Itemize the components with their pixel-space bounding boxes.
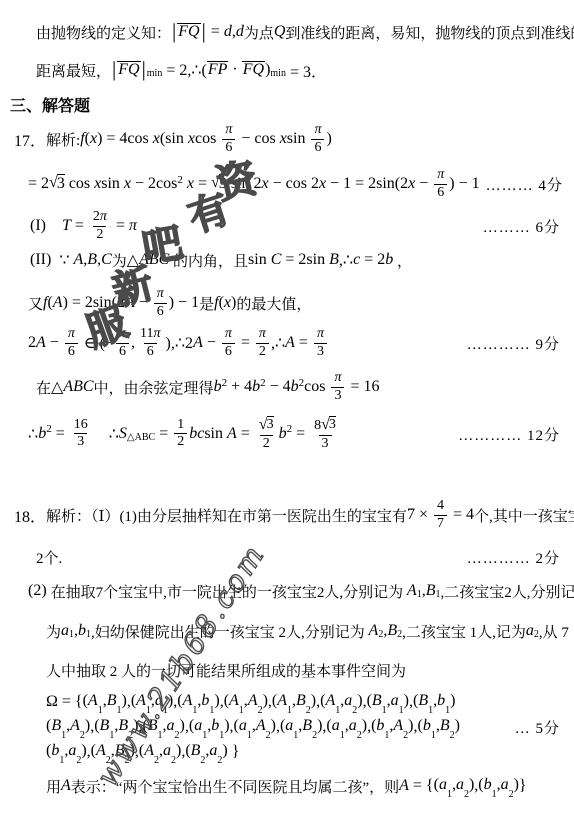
math-var: B bbox=[87, 251, 97, 269]
element-pair: (B1,b1) bbox=[413, 692, 455, 712]
fraction-numerator: π bbox=[256, 326, 269, 342]
radicand: 3 bbox=[57, 174, 65, 193]
pair-index: 2 bbox=[200, 755, 205, 766]
math-run: (II) bbox=[30, 251, 51, 269]
parabola-definition-line2: 距离最短，|FQ|min = 2,∴(FP · FQ)min = 3． bbox=[36, 52, 560, 88]
pair-var: B bbox=[115, 742, 125, 759]
vector-overline: FP bbox=[207, 61, 229, 79]
math-var: c bbox=[353, 251, 360, 269]
subscript: 1 bbox=[435, 590, 440, 600]
math-var: a bbox=[526, 622, 534, 640]
omega-row2: (B1,A2),(B1,B2),(B1,a2),(a1,b1),(a1,A2),… bbox=[46, 714, 560, 740]
math-var: C bbox=[271, 251, 282, 269]
element-pair: (a1,A2) bbox=[234, 717, 276, 737]
math-run: = 2 bbox=[360, 251, 385, 269]
math-var: x bbox=[124, 175, 131, 193]
fraction-numerator: π bbox=[311, 122, 324, 138]
math-run: ),∴2 bbox=[166, 333, 194, 353]
math-run: = bbox=[292, 425, 309, 443]
math-run: 18． bbox=[14, 504, 46, 527]
math-run: (I) bbox=[30, 217, 46, 235]
superscript: 2 bbox=[287, 424, 293, 435]
math-run: } bbox=[228, 743, 240, 761]
fraction: π2 bbox=[256, 326, 269, 359]
math-run: 17． bbox=[14, 128, 46, 151]
q18-line2: 2个.………… 2分 bbox=[36, 545, 560, 569]
pair-var: A bbox=[96, 742, 106, 759]
score-mark: ………… 12分 bbox=[452, 424, 560, 445]
q17-line2: = 2√3 cos xsin x − 2cos2 x = √3 sin 2x −… bbox=[28, 163, 560, 205]
math-var: ABC bbox=[139, 251, 169, 269]
text-run: 用 bbox=[46, 776, 61, 797]
line-content: (2) 在抽取7个宝宝中,市一院出生的一孩宝宝2人,分别记为 A1,B1,二孩宝… bbox=[28, 581, 574, 602]
math-run: = 16 bbox=[346, 378, 379, 396]
text-run: 中，由余弦定理得 bbox=[94, 377, 214, 398]
fraction-denominator: 3 bbox=[74, 433, 87, 450]
math-run: = 2 bbox=[28, 175, 49, 193]
pair-var: B bbox=[372, 692, 382, 709]
math-run: ) − 1 bbox=[169, 294, 199, 312]
math-var: π bbox=[437, 167, 444, 182]
fraction: 47 bbox=[434, 498, 447, 531]
pair-var: A bbox=[183, 692, 193, 709]
math-run: 2 bbox=[28, 334, 36, 352]
math-run: ,∴ bbox=[271, 333, 285, 353]
fraction: π6 bbox=[154, 286, 167, 319]
math-var: x bbox=[90, 130, 97, 148]
fraction-denominator: 2 bbox=[93, 226, 106, 243]
math-run: cos bbox=[195, 130, 220, 148]
radicand: 3 bbox=[219, 174, 227, 193]
pair-var: A bbox=[256, 717, 266, 734]
text-run: 为点 bbox=[244, 22, 274, 43]
math-run: ∈ (− bbox=[80, 333, 114, 353]
fraction-numerator: π bbox=[331, 370, 344, 386]
math-run: ∴ bbox=[28, 424, 38, 444]
math-run: − 2cos bbox=[131, 175, 177, 193]
math-run: 3 bbox=[334, 388, 341, 403]
line-content: 17．解析:f(x) = 4cos x(sin xcos π6 − cos xs… bbox=[14, 122, 332, 155]
math-run: sin 2 bbox=[227, 175, 262, 193]
math-run: = 2sin bbox=[281, 251, 329, 269]
score-mark: ……… 6分 bbox=[477, 216, 560, 237]
score-mark: ……… 4分 bbox=[480, 174, 563, 195]
math-var: π bbox=[100, 209, 107, 224]
math-run: 6 bbox=[225, 344, 232, 359]
sqrt-radical: √3 bbox=[211, 174, 227, 193]
text-run: 的内角，且 bbox=[169, 250, 248, 271]
math-run: = bbox=[52, 425, 69, 443]
fraction: π6 bbox=[116, 326, 129, 359]
fraction-denominator: 3 bbox=[314, 343, 327, 360]
math-run: = bbox=[155, 425, 172, 443]
math-run: (sin bbox=[160, 130, 188, 148]
fraction-numerator: 1 bbox=[174, 417, 187, 433]
score-mark: ………… 2分 bbox=[461, 547, 560, 568]
fraction-numerator: 8√3 bbox=[311, 416, 339, 434]
pair-index: 2 bbox=[217, 755, 222, 766]
math-var: A bbox=[53, 294, 63, 312]
fraction: π6 bbox=[222, 122, 235, 155]
pair-var: B bbox=[100, 717, 110, 734]
superscript: 2 bbox=[260, 378, 266, 389]
q17-part1-period: (I)T = 2π2 = π……… 6分 bbox=[30, 205, 560, 247]
subscript: 2 bbox=[378, 630, 383, 640]
line-content: 用A表示：“两个宝宝恰出生不同医院且均属二孩”，则A = {(a1,a2),(b… bbox=[46, 776, 527, 797]
math-run: − bbox=[415, 175, 432, 193]
superscript: 2 bbox=[222, 378, 228, 389]
line-content: ∴b2 = 163∴S△ABC = 12bcsin A = √32b2 = 8√… bbox=[28, 416, 341, 451]
math-var: x bbox=[224, 294, 231, 312]
omega-row1: Ω = {(A1,B1),(A1,a1),(A1,b1),(A1,A2),(A1… bbox=[46, 689, 560, 715]
math-run: ∵ bbox=[59, 250, 73, 270]
superscript: 2 bbox=[46, 424, 52, 435]
math-run: 16 bbox=[74, 417, 88, 432]
math-run: 6 bbox=[157, 304, 164, 319]
document-page: 由抛物线的定义知：|FQ| = d,d为点Q到准线的距离，易知，抛物线的顶点到准… bbox=[0, 0, 574, 823]
fraction-denominator: 7 bbox=[434, 515, 447, 532]
element-pair: (B1,B2) bbox=[94, 717, 138, 737]
subscript: 1 bbox=[417, 590, 422, 600]
math-run: , bbox=[131, 334, 135, 352]
subscript: min bbox=[147, 69, 163, 79]
text-run: 人中抽取 2 人的一切可能结果所组成的基本事件空间为 bbox=[46, 660, 406, 681]
fraction-numerator: π bbox=[434, 167, 447, 183]
q17-part2-line3: 2A − π6 ∈ (−π6,11π6),∴2A − π6 = π2,∴A = … bbox=[28, 322, 560, 364]
math-run: 2 bbox=[259, 344, 266, 359]
line-content: 18．解析：（Ⅰ）(1)由分层抽样知在市第一医院出生的宝宝有7 × 47 = 4… bbox=[14, 498, 574, 531]
math-var: π bbox=[317, 326, 324, 341]
math-var: A bbox=[227, 425, 237, 443]
pair-var: A bbox=[393, 717, 403, 734]
text-run: ,二孩宝宝 1人,记为 bbox=[402, 621, 526, 642]
vector-overline: FQ bbox=[117, 61, 140, 79]
abs-bar: | bbox=[171, 19, 177, 44]
math-run: − bbox=[135, 294, 152, 312]
math-var: d bbox=[236, 23, 244, 41]
math-var: Q bbox=[274, 23, 286, 41]
math-run: 3 bbox=[329, 417, 336, 432]
math-run: = 2,∴( bbox=[162, 60, 207, 80]
fraction: π6 bbox=[434, 167, 447, 200]
pair-var: B bbox=[148, 717, 158, 734]
math-var: T bbox=[62, 217, 71, 235]
math-var: A bbox=[193, 334, 203, 352]
subscript: min bbox=[270, 69, 286, 79]
math-run: } bbox=[519, 777, 527, 795]
math-run: 2 bbox=[93, 209, 100, 224]
q17-area-line: ∴b2 = 163∴S△ABC = 12bcsin A = √32b2 = 8√… bbox=[28, 410, 560, 458]
fraction: 163 bbox=[71, 417, 91, 450]
text-run: 解析：（Ⅰ）(1)由分层抽样知在市第一医院出生的宝宝有 bbox=[46, 505, 407, 526]
math-run: (2) bbox=[28, 582, 51, 600]
element-pair: (a1,a2) bbox=[326, 717, 367, 737]
pair-var: b bbox=[423, 717, 431, 734]
math-var: π bbox=[68, 326, 75, 341]
pair-var: A bbox=[70, 717, 80, 734]
math-run: ∴ bbox=[109, 424, 119, 444]
fraction-denominator: 6 bbox=[116, 343, 129, 360]
pair-index: 2 bbox=[171, 755, 176, 766]
math-var: π bbox=[225, 122, 232, 137]
pair-index: 2 bbox=[106, 755, 111, 766]
line-content: 由抛物线的定义知：|FQ| = d,d为点Q到准线的距离，易知，抛物线的顶点到准… bbox=[36, 20, 574, 45]
math-run: ) = 2sin(2 bbox=[63, 294, 125, 312]
sqrt-radical: √3 bbox=[49, 174, 65, 193]
pair-index: 2 bbox=[509, 789, 514, 800]
pair-var: A bbox=[88, 692, 98, 709]
element-pair: (a1,B2) bbox=[280, 717, 322, 737]
text-run: 三、解答题 bbox=[10, 93, 90, 116]
abs-bar: | bbox=[111, 57, 117, 82]
math-var: π bbox=[259, 326, 266, 341]
math-run: = 4 bbox=[449, 506, 474, 524]
math-var: A bbox=[369, 622, 379, 640]
math-run: − bbox=[203, 334, 220, 352]
text-run: 表示：“两个宝宝恰出生不同医院且均属二孩”，则 bbox=[71, 776, 399, 797]
pair-var: a bbox=[332, 717, 340, 734]
math-run: = { bbox=[409, 777, 434, 795]
fraction-numerator: 11π bbox=[137, 326, 164, 342]
fraction: 8√33 bbox=[311, 416, 339, 451]
element-pair: (A1,B1) bbox=[83, 692, 127, 712]
math-run: + 4 bbox=[227, 378, 252, 396]
math-run: 6 bbox=[119, 344, 126, 359]
math-run: − cos 2 bbox=[269, 175, 319, 193]
math-run: − bbox=[46, 334, 63, 352]
pair-var: A bbox=[229, 692, 239, 709]
element-pair: (b1,a2) bbox=[46, 742, 87, 762]
math-run: 3 bbox=[57, 175, 65, 192]
text-run: ,妇幼保健院出生的一孩宝宝 2人,分别记为 bbox=[91, 621, 369, 642]
q18-part2-line1: (2) 在抽取7个宝宝中,市一院出生的一孩宝宝2人,分别记为 A1,B1,二孩宝… bbox=[28, 578, 560, 604]
fraction-numerator: 2π bbox=[90, 209, 110, 225]
math-run: 7 × bbox=[407, 506, 432, 524]
math-var: B bbox=[329, 251, 339, 269]
text-run: 在 bbox=[36, 377, 51, 398]
radicand: 3 bbox=[329, 416, 336, 433]
fraction-denominator: 6 bbox=[311, 139, 324, 156]
math-var: x bbox=[280, 130, 287, 148]
math-var: x bbox=[319, 175, 326, 193]
math-run: ) − 1 bbox=[449, 175, 479, 193]
math-run: − 1 = 2sin(2 bbox=[326, 175, 408, 193]
q17-line1: 17．解析:f(x) = 4cos x(sin xcos π6 − cos xs… bbox=[14, 118, 560, 160]
math-run: sin bbox=[101, 175, 124, 193]
math-run: − cos bbox=[237, 130, 279, 148]
element-pair: (B1,A2) bbox=[46, 717, 90, 737]
math-run: = bbox=[71, 217, 88, 235]
superscript: 2 bbox=[299, 378, 305, 389]
math-run: = 3． bbox=[286, 59, 327, 82]
fraction-denominator: 6 bbox=[154, 303, 167, 320]
text-run: 由抛物线的定义知： bbox=[36, 22, 171, 43]
text-run: 是 bbox=[199, 293, 214, 314]
fraction-denominator: 3 bbox=[319, 435, 332, 452]
pair-var: b bbox=[484, 776, 492, 793]
math-var: x bbox=[261, 175, 268, 193]
math-var: A bbox=[74, 251, 84, 269]
pair-index: 1 bbox=[492, 789, 497, 800]
fraction: π6 bbox=[65, 326, 78, 359]
math-var: π bbox=[129, 217, 137, 235]
q18-part2-line3: 人中抽取 2 人的一切可能结果所组成的基本事件空间为 bbox=[46, 657, 560, 683]
event-a-line: 用A表示：“两个宝宝恰出生不同医院且均属二孩”，则A = {(a1,a2),(b… bbox=[46, 773, 560, 799]
math-run: ) bbox=[326, 130, 331, 148]
math-run: 1 bbox=[177, 417, 184, 432]
math-run: cos bbox=[65, 175, 94, 193]
math-var: b bbox=[252, 378, 260, 396]
math-var: A bbox=[61, 777, 71, 795]
pair-var: a bbox=[163, 742, 171, 759]
text-run: 在抽取7个宝宝中,市一院出生的一孩宝宝2人,分别记为 bbox=[51, 581, 407, 602]
subscript: 2 bbox=[397, 630, 402, 640]
sqrt-radical: √3 bbox=[259, 416, 274, 434]
math-var: b bbox=[291, 378, 299, 396]
q17-part2-line2: 又f(A) = 2sin(2A − π6) − 1是f(x)的最大值， bbox=[28, 282, 560, 324]
math-var: A bbox=[36, 334, 46, 352]
element-pair: (A1,a2) bbox=[320, 692, 362, 712]
fraction-denominator: 6 bbox=[144, 343, 157, 360]
math-var: b bbox=[385, 251, 393, 269]
math-run: Ω = { bbox=[46, 693, 83, 711]
pair-index: 2 bbox=[154, 755, 159, 766]
pair-index: 1 bbox=[447, 789, 452, 800]
math-var: x bbox=[94, 175, 101, 193]
math-var: π bbox=[157, 286, 164, 301]
line-content: 距离最短，|FQ|min = 2,∴(FP · FQ)min = 3． bbox=[36, 58, 327, 83]
text-run: 距离最短， bbox=[36, 60, 111, 81]
math-var: A bbox=[285, 334, 295, 352]
math-var: C bbox=[101, 251, 112, 269]
line-content: 又f(A) = 2sin(2A − π6) − 1是f(x)的最大值， bbox=[28, 286, 311, 319]
radicand: 3 bbox=[267, 416, 274, 433]
math-var: π bbox=[314, 122, 321, 137]
fraction-numerator: √3 bbox=[256, 416, 277, 434]
math-run: 3 bbox=[317, 344, 324, 359]
element-pair: (B1,a2) bbox=[142, 717, 184, 737]
math-run: 3 bbox=[267, 417, 274, 432]
element-pair: (A1,B2) bbox=[272, 692, 316, 712]
pair-var: A bbox=[144, 742, 154, 759]
pair-var: A bbox=[325, 692, 335, 709]
parabola-definition-line1: 由抛物线的定义知：|FQ| = d,d为点Q到准线的距离，易知，抛物线的顶点到准… bbox=[36, 14, 560, 50]
element-pair: (a1,b1) bbox=[189, 717, 230, 737]
q18-line1: 18．解析：（Ⅰ）(1)由分层抽样知在市第一医院出生的宝宝有7 × 47 = 4… bbox=[14, 492, 560, 538]
math-run: 3 bbox=[77, 434, 84, 449]
fraction-numerator: π bbox=[222, 122, 235, 138]
math-run: △ bbox=[51, 377, 63, 397]
fraction: π6 bbox=[311, 122, 324, 155]
math-var: π bbox=[334, 370, 341, 385]
math-run: 2 bbox=[96, 227, 103, 242]
vector-overline: FQ bbox=[242, 61, 265, 79]
math-run: cos bbox=[304, 378, 329, 396]
fraction-numerator: π bbox=[314, 326, 327, 342]
element-pair: (b1,A2) bbox=[371, 717, 413, 737]
pair-var: a bbox=[439, 776, 447, 793]
pair-var: b bbox=[437, 692, 445, 709]
pair-var: A bbox=[277, 692, 287, 709]
math-run: = bbox=[112, 217, 129, 235]
math-run: 11 bbox=[140, 326, 153, 341]
math-run: 6 bbox=[147, 344, 154, 359]
math-run: sin bbox=[248, 251, 271, 269]
pair-var: a bbox=[501, 776, 509, 793]
score-mark: ………… 9分 bbox=[461, 333, 560, 354]
fraction-numerator: 4 bbox=[434, 498, 447, 514]
math-var: x bbox=[183, 175, 194, 193]
math-var: x bbox=[408, 175, 415, 193]
math-run: 6 bbox=[314, 140, 321, 155]
math-run: 2 bbox=[263, 436, 270, 451]
line-content: Ω = {(A1,B1),(A1,a1),(A1,b1),(A1,A2),(A1… bbox=[46, 692, 455, 712]
element-pair: (B1,a1) bbox=[367, 692, 409, 712]
fraction: π3 bbox=[331, 370, 344, 403]
fraction-denominator: 2 bbox=[260, 435, 273, 452]
text-run: ， bbox=[393, 250, 412, 271]
math-var: b bbox=[279, 425, 287, 443]
fraction-denominator: 2 bbox=[256, 343, 269, 360]
math-run: · bbox=[228, 61, 241, 79]
subscript: 1 bbox=[69, 630, 74, 640]
math-var: π bbox=[154, 326, 161, 341]
pair-var: a bbox=[167, 717, 175, 734]
math-run: − 4 bbox=[266, 378, 291, 396]
math-run: △ bbox=[127, 250, 139, 270]
element-pair: (A1,a1) bbox=[131, 692, 173, 712]
pair-var: B bbox=[118, 717, 128, 734]
math-run: = bbox=[295, 334, 312, 352]
fraction-denominator: 3 bbox=[331, 387, 344, 404]
fraction: 11π6 bbox=[137, 326, 164, 359]
pair-var: b bbox=[211, 717, 219, 734]
math-run: 7 bbox=[437, 516, 444, 531]
math-run: sin bbox=[287, 130, 310, 148]
element-pair: (A1,A2) bbox=[224, 692, 268, 712]
math-run: = bbox=[237, 425, 254, 443]
math-var: S bbox=[119, 425, 127, 443]
math-var: ABC bbox=[63, 378, 93, 396]
line-content: 2A − π6 ∈ (−π6,11π6),∴2A − π6 = π2,∴A = … bbox=[28, 326, 329, 359]
element-pair: (b1,a2) bbox=[478, 776, 519, 796]
pair-var: a bbox=[239, 717, 247, 734]
line-content: = 2√3 cos xsin x − 2cos2 x = √3 sin 2x −… bbox=[28, 167, 480, 200]
math-var: bc bbox=[189, 425, 204, 443]
fraction-denominator: 6 bbox=[222, 343, 235, 360]
math-run: 2 bbox=[177, 434, 184, 449]
pair-var: A bbox=[136, 692, 146, 709]
pair-var: B bbox=[418, 692, 428, 709]
line-content: (II)∵ A,B,C为△ABC 的内角，且sin C = 2sin B,∴c … bbox=[30, 250, 412, 271]
fraction-numerator: 16 bbox=[71, 417, 91, 433]
pair-var: B bbox=[302, 717, 312, 734]
subscript: 2 bbox=[534, 630, 539, 640]
pair-index: 2 bbox=[464, 789, 469, 800]
line-content: 为a1,b1,妇幼保健院出生的一孩宝宝 2人,分别记为 A2,B2,二孩宝宝 1… bbox=[46, 621, 569, 642]
math-run: 6 bbox=[225, 140, 232, 155]
fraction-numerator: π bbox=[116, 326, 129, 342]
element-pair: (B2,a2) bbox=[185, 742, 227, 762]
pair-var: B bbox=[296, 692, 306, 709]
vector-overline: FQ bbox=[177, 23, 200, 41]
pair-var: B bbox=[51, 717, 61, 734]
element-pair: (A1,b1) bbox=[177, 692, 219, 712]
text-run: ,从 7 bbox=[539, 621, 569, 642]
math-var: B bbox=[387, 622, 397, 640]
pair-index: 2 bbox=[125, 755, 130, 766]
math-var: π bbox=[119, 326, 126, 341]
